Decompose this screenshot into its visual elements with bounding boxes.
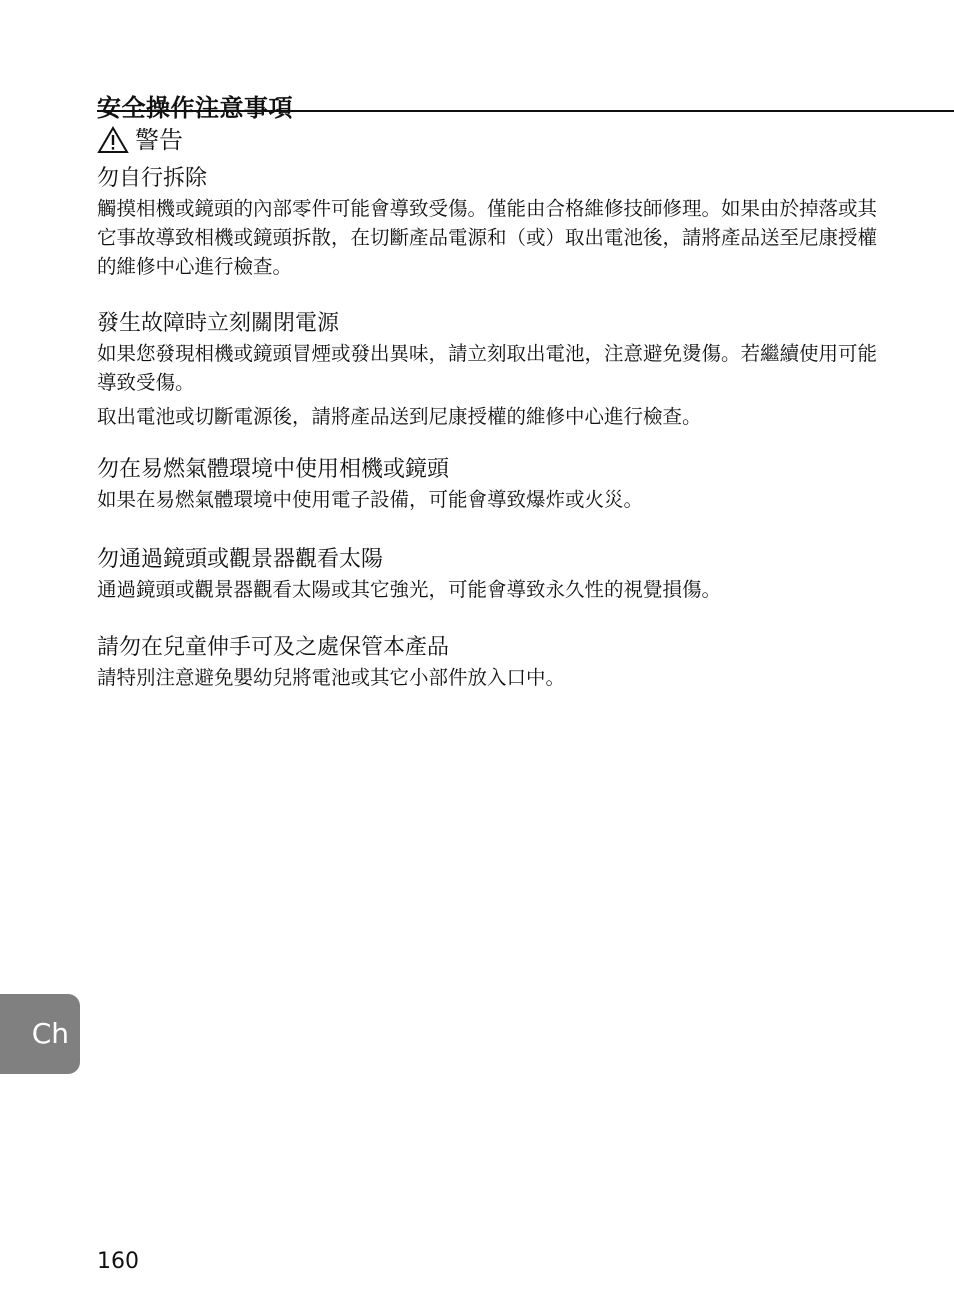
section-paragraph: 取出電池或切斷電源後，請將產品送到尼康授權的維修中心進行檢查。 [97, 402, 887, 431]
warning-label: 警告 [135, 124, 183, 156]
language-tab: Ch [0, 994, 80, 1074]
section-do-not-disassemble: 勿自行拆除 觸摸相機或鏡頭的內部零件可能會導致受傷。僅能由合格維修技師修理。如果… [97, 164, 897, 281]
section-paragraph: 如果在易燃氣體環境中使用電子設備，可能會導致爆炸或火災。 [97, 485, 887, 514]
section-heading: 發生故障時立刻關閉電源 [97, 309, 897, 339]
page-title: 安全操作注意事項 [97, 92, 293, 124]
section-do-not-view-sun: 勿通過鏡頭或觀景器觀看太陽 通過鏡頭或觀景器觀看太陽或其它強光，可能會導致永久性… [97, 545, 897, 604]
page-number: 160 [97, 1247, 139, 1277]
section-paragraph: 請特別注意避免嬰幼兒將電池或其它小部件放入口中。 [97, 663, 887, 692]
section-paragraph: 通過鏡頭或觀景器觀看太陽或其它強光，可能會導致永久性的視覺損傷。 [97, 575, 887, 604]
section-power-off-on-malfunction: 發生故障時立刻關閉電源 如果您發現相機或鏡頭冒煙或發出異味，請立刻取出電池，注意… [97, 309, 897, 431]
warning-triangle-icon [97, 126, 129, 154]
section-paragraph: 如果您發現相機或鏡頭冒煙或發出異味，請立刻取出電池，注意避免燙傷。若繼續使用可能… [97, 339, 887, 397]
warning-heading: 警告 [97, 124, 183, 156]
section-paragraph: 觸摸相機或鏡頭的內部零件可能會導致受傷。僅能由合格維修技師修理。如果由於掉落或其… [97, 194, 887, 281]
title-divider [97, 110, 954, 112]
section-heading: 請勿在兒童伸手可及之處保管本產品 [97, 633, 897, 663]
section-heading: 勿在易燃氣體環境中使用相機或鏡頭 [97, 455, 897, 485]
section-heading: 勿自行拆除 [97, 164, 897, 194]
section-flammable-gas: 勿在易燃氣體環境中使用相機或鏡頭 如果在易燃氣體環境中使用電子設備，可能會導致爆… [97, 455, 897, 514]
section-keep-from-children: 請勿在兒童伸手可及之處保管本產品 請特別注意避免嬰幼兒將電池或其它小部件放入口中… [97, 633, 897, 692]
section-heading: 勿通過鏡頭或觀景器觀看太陽 [97, 545, 897, 575]
